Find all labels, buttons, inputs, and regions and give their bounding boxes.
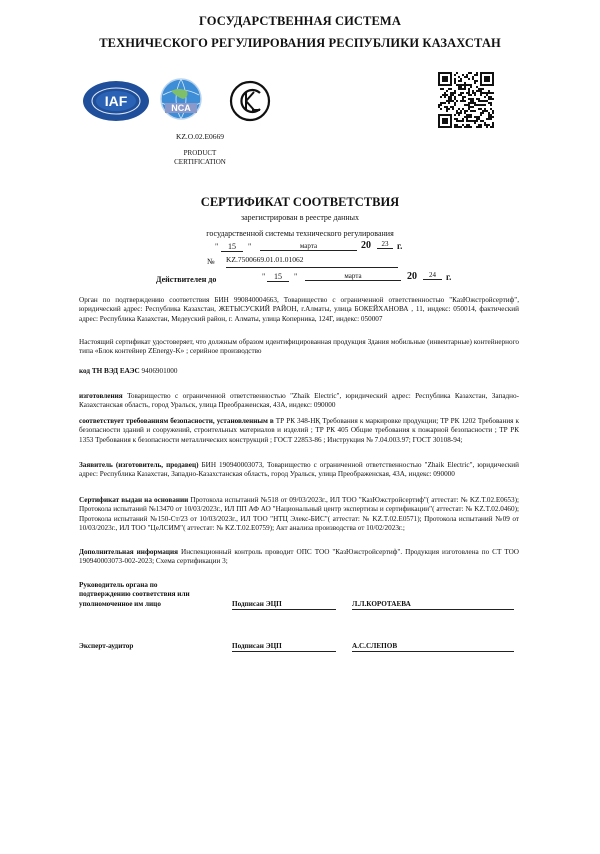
title-sub-2: государственной системы технического рег… [0,229,600,238]
compliance-paragraph: соответствует требованиям безопасности, … [79,417,519,445]
valid-year: 24 [423,271,442,280]
valid-until-label: Действителен до [156,275,216,284]
hs-code-label: код ТН ВЭД ЕАЭС [79,367,140,375]
date-quote-close: " [294,272,297,281]
svg-text:IAF: IAF [105,93,128,109]
role-line: подтверждению соответствия или [79,590,229,599]
signatory-1-signature: Подписан ЭЦП [232,600,336,610]
valid-until-date: " 15 " марта 20 24 г. [262,272,492,286]
signatory-2-signature: Подписан ЭЦП [232,642,336,652]
applicant-paragraph: Заявитель (изготовитель, продавец) БИН 1… [79,461,519,480]
valid-month: марта [305,272,401,281]
certificate-title: СЕРТИФИКАТ СООТВЕТСТВИЯ [0,195,600,210]
product-caption-1: PRODUCT [100,149,300,158]
svg-text:NCA: NCA [171,103,191,113]
hs-code-value: 9406901000 [142,367,178,375]
valid-suffix: г. [446,272,451,282]
product-paragraph: Настоящий сертификат удостоверяет, что д… [79,338,519,357]
header-line-2: ТЕХНИЧЕСКОГО РЕГУЛИРОВАНИЯ РЕСПУБЛИКИ КА… [0,36,600,51]
iaf-logo-icon: IAF [82,80,150,122]
valid-century: 20 [407,271,417,282]
product-caption-2: CERTIFICATION [100,158,300,167]
signatory-2-name: А.С.СЛЕПОВ [352,642,514,652]
applicant-label: Заявитель (изготовитель, продавец) [79,461,199,469]
nca-globe-logo-icon: NCA [157,77,205,125]
date-quote-close: " [248,242,251,251]
role-line: Эксперт-аудитор [79,642,229,651]
hs-code: код ТН ВЭД ЕАЭС 9406901000 [79,367,519,376]
registered-day: 15 [221,242,243,252]
registered-year: 23 [377,240,393,249]
registered-century: 20 [361,240,371,251]
title-sub-1: зарегистрирован в реестре данных [0,213,600,222]
additional-info-label: Дополнительная информация [79,548,178,556]
certificate-number: KZ.7500669.01.01.01062 [226,255,398,268]
header-line-1: ГОСУДАРСТВЕННАЯ СИСТЕМА [0,14,600,29]
certification-body-paragraph: Орган по подтверждению соответствия БИН … [79,296,519,324]
additional-info-paragraph: Дополнительная информация Инспекционный … [79,548,519,567]
manufacturer-label: изготовления [79,392,123,400]
role-line: уполномоченное им лицо [79,600,229,609]
certificate-number-label: № [207,257,215,266]
qr-code-icon [438,72,494,128]
date-quote-open: " [262,272,265,281]
registered-suffix: г. [397,241,402,251]
signatory-1-role: Руководитель органа по подтверждению соо… [79,581,229,609]
role-line: Руководитель органа по [79,581,229,590]
basis-paragraph: Сертификат выдан на основании Протокола … [79,496,519,534]
basis-label: Сертификат выдан на основании [79,496,188,504]
signatory-2-role: Эксперт-аудитор [79,642,229,651]
registered-date: " 15 " марта 20 23 г. [215,242,445,256]
registered-month: марта [260,242,357,251]
accreditation-number: KZ.O.02.E0669 [100,133,300,142]
kz-conformity-mark-icon [229,80,271,122]
compliance-label: соответствует требованиям безопасности, … [79,417,274,425]
manufacturer-paragraph: изготовления Товарищество с ограниченной… [79,392,519,411]
manufacturer-text: Товарищество с ограниченной ответственно… [79,392,519,409]
signatory-1-name: Л.Л.КОРОТАЕВА [352,600,514,610]
date-quote-open: " [215,242,218,251]
valid-day: 15 [267,272,289,282]
